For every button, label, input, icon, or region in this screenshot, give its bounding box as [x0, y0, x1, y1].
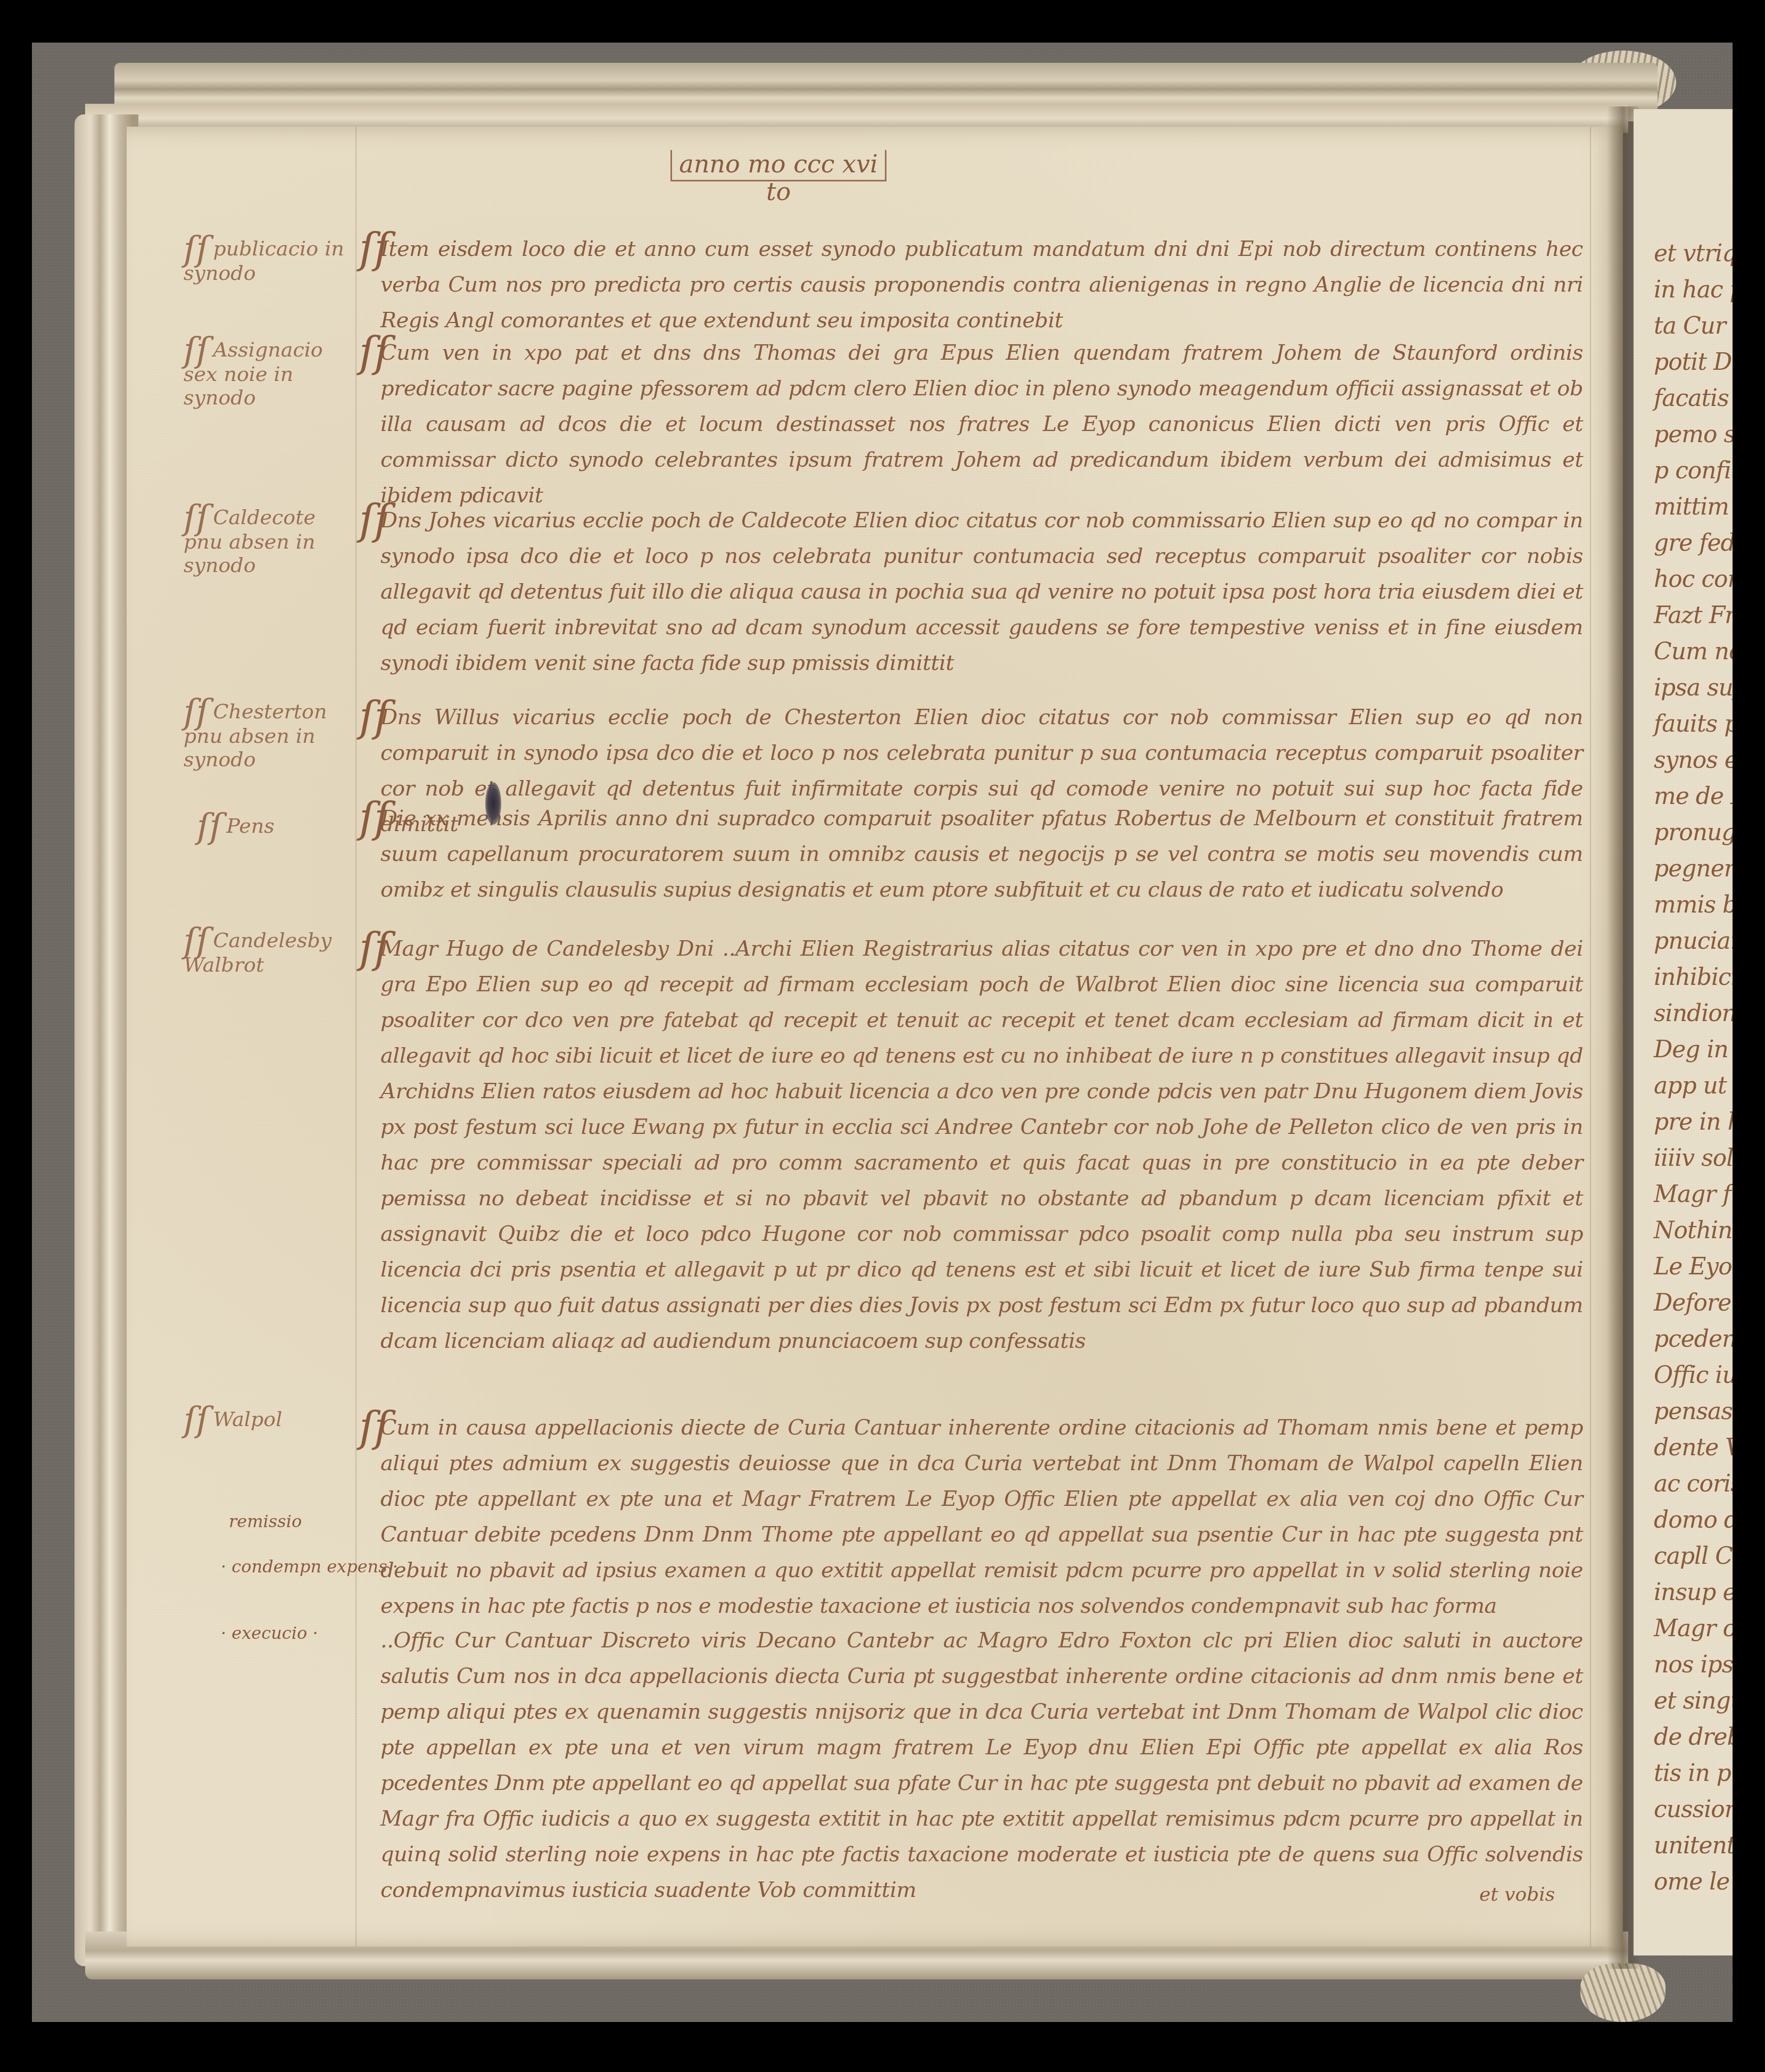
frame-bottom: [0, 2022, 1765, 2072]
recto-text-line: ac coris: [1654, 1472, 1742, 1496]
rubric-candelesby: ſſCandelesby Walbrot: [184, 929, 354, 976]
recto-text-line: de dreb: [1654, 1726, 1742, 1749]
paraph-mark-icon: ſſ: [359, 228, 390, 270]
paraph-mark-icon: ſſ: [359, 697, 390, 738]
paragraph-3: ſſ Dns Johes vicarius ecclie poch de Cal…: [380, 503, 1583, 681]
paraph-mark-icon: ſſ: [359, 1407, 390, 1448]
side-note-execucio: · execucio ·: [221, 1623, 318, 1643]
paragraph-7: ſſ Cum in causa appellacionis diecte de …: [380, 1410, 1583, 1624]
margin-ruling-line: [355, 127, 357, 1946]
ink-blot: [485, 782, 501, 825]
page-header-year: anno mo ccc xvi to: [670, 150, 886, 181]
recto-text-line: facatis: [1654, 387, 1729, 410]
rubric-chesterton: ſſChesterton pnu absen in synodo: [184, 700, 354, 771]
binding-thread-bottom: [1580, 1963, 1665, 2022]
paraph-mark-icon: ſſ: [359, 500, 390, 541]
paragraph-1: ſſ Item eisdem loco die et anno cum esse…: [380, 231, 1583, 338]
paraph-mark-icon: ſſ: [359, 798, 390, 839]
paragraph-6: ſſ Magr Hugo de Candelesby Dni ..Archi E…: [380, 931, 1583, 1359]
side-note-remissio: remissio: [229, 1511, 302, 1531]
side-note-condempnacio: · condempn expens ·: [221, 1556, 398, 1577]
rubric-pens: ſſPens: [197, 814, 367, 839]
rubric-publicacio: ſſpublicacio in synodo: [184, 237, 354, 285]
paraph-mark-icon: ſſ: [184, 1400, 209, 1440]
paraph-mark-icon: ſſ: [197, 807, 222, 847]
rubric-assignacio: ſſAssignacio sex noie in synodo: [184, 338, 354, 409]
catchword: et vobis: [1479, 1884, 1555, 1905]
right-ruling-line: [1590, 127, 1591, 1946]
paragraph-5: ſſ Die xx mensis Aprilis anno dni suprad…: [380, 801, 1583, 908]
paraph-mark-icon: ſſ: [359, 928, 390, 969]
rubric-walpol: ſſWalpol: [184, 1407, 354, 1432]
paragraph-2: ſſ Cum ven in xpo pat et dns dns Thomas …: [380, 335, 1583, 513]
frame-right: [1733, 0, 1765, 2072]
paragraph-8: ..Offic Cur Cantuar Discreto viris Decan…: [380, 1623, 1583, 1908]
paraph-mark-icon: ſſ: [359, 332, 390, 374]
rubric-caldecote: ſſCaldecote pnu absen in synodo: [184, 505, 354, 577]
